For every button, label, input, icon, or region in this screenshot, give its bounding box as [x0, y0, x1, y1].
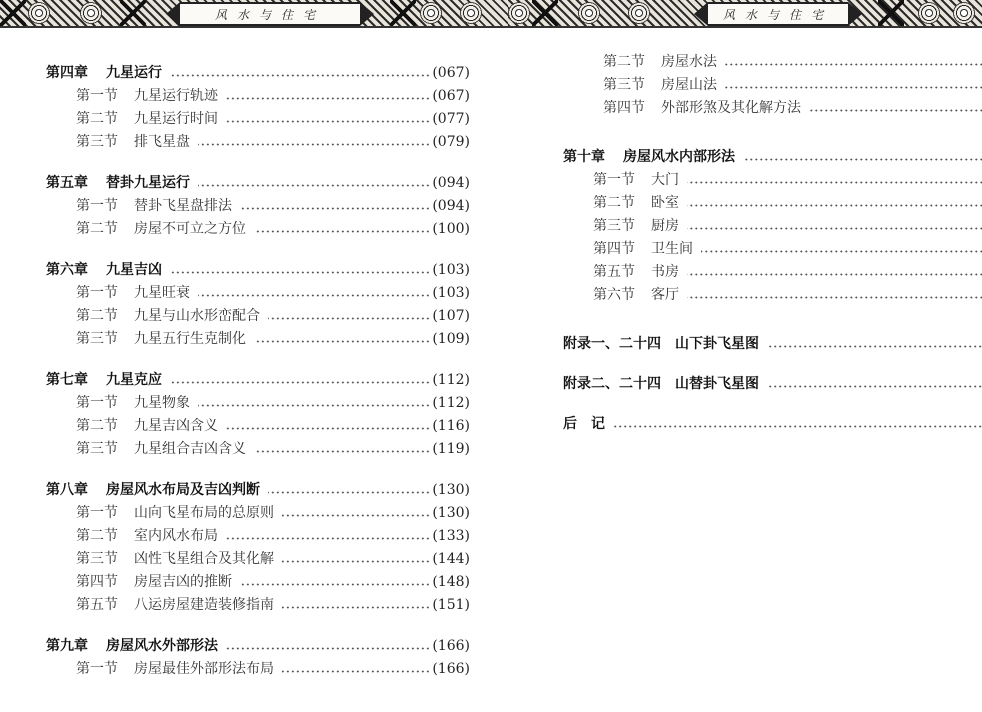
chapter-number: 第九章: [46, 635, 106, 655]
toc-chapter-entry[interactable]: 第八章房屋风水布局及吉凶判断 (130): [46, 479, 470, 502]
toc-section-entry[interactable]: 第三节房屋山法 (170: [563, 74, 982, 97]
dot-leader: [725, 86, 982, 89]
toc-section-entry[interactable]: 第三节九星五行生克制化 (109): [46, 328, 470, 351]
toc-chapter-entry[interactable]: 第十章房屋风水内部形法 (178: [563, 146, 982, 169]
chapter-group: 第五章替卦九星运行 (094) 第一节替卦飞星盘排法 (094) 第二节房屋不可…: [46, 172, 470, 241]
dot-leader: [809, 109, 982, 112]
toc-chapter-entry[interactable]: 第七章九星克应 (112): [46, 369, 470, 392]
section-number: 第一节: [593, 169, 651, 189]
dot-leader: [687, 273, 982, 276]
section-title: 八运房屋建造装修指南: [134, 597, 274, 613]
chapter-title: 九星运行: [106, 65, 162, 81]
appendix-title: 山替卦飞星图: [675, 376, 759, 392]
page-number: (112): [432, 372, 470, 388]
dot-leader: [687, 227, 982, 230]
section-title: 大门: [651, 172, 679, 188]
section-number: 第三节: [76, 438, 134, 458]
dot-leader: [198, 184, 430, 187]
dot-leader: [687, 204, 982, 207]
toc-chapter-entry[interactable]: 第五章替卦九星运行 (094): [46, 172, 470, 195]
dot-leader: [226, 427, 430, 430]
section-number: 第三节: [593, 215, 651, 235]
section-number: 第二节: [593, 192, 651, 212]
ornament-rosette-icon: [508, 2, 530, 24]
chapter-group: 第八章房屋风水布局及吉凶判断 (130) 第一节山向飞星布局的总原则 (130)…: [46, 479, 470, 617]
afterword-label: 后 记: [563, 416, 605, 432]
dot-leader: [282, 560, 430, 563]
page-number: (119): [432, 441, 470, 457]
page-number: (103): [432, 262, 470, 278]
section-number: 第四节: [76, 571, 134, 591]
page-number: (067): [432, 65, 470, 81]
dot-leader: [767, 385, 982, 388]
ornament-rosette-icon: [80, 2, 102, 24]
running-header-band: 风水与住宅: [0, 0, 508, 28]
toc-appendix-entry[interactable]: 附录二、二十四 山替卦飞星图 (22: [563, 373, 982, 396]
toc-section-entry[interactable]: 第四节外部形煞及其化解方法 (171: [563, 97, 982, 120]
dot-leader: [268, 317, 430, 320]
page-number: (130): [432, 505, 470, 521]
chapter-group-continued: 第二节房屋水法 (167 第三节房屋山法 (170 第四节外部形煞及其化解方法 …: [563, 51, 982, 120]
right-page: 风水与住宅 第二节房屋水法 (167 第三节房屋山法 (170 第四节外部形煞及…: [508, 0, 982, 712]
section-number: 第二节: [76, 525, 134, 545]
chapter-number: 第八章: [46, 479, 106, 499]
page-number: (151): [432, 597, 470, 613]
chapter-number: 第五章: [46, 172, 106, 192]
dot-leader: [282, 670, 430, 673]
section-title: 室内风水布局: [134, 528, 218, 544]
toc-section-entry[interactable]: 第二节九星吉凶含义 (116): [46, 415, 470, 438]
toc-section-entry[interactable]: 第四节卫生间 (199: [563, 238, 982, 261]
section-number: 第二节: [603, 51, 661, 71]
page-number: (107): [432, 308, 470, 324]
dot-leader: [687, 296, 982, 299]
section-number: 第六节: [593, 284, 651, 304]
toc-section-entry[interactable]: 第三节九星组合吉凶含义 (119): [46, 438, 470, 461]
page-number: (116): [432, 418, 470, 434]
page-number: (094): [432, 175, 470, 191]
section-number: 第三节: [76, 548, 134, 568]
section-title: 卫生间: [651, 241, 693, 257]
dot-leader: [226, 97, 430, 100]
appendix-group: 附录一、二十四 山下卦飞星图 (20: [563, 333, 982, 373]
ornament-x-icon: [532, 0, 558, 26]
dot-leader: [170, 74, 430, 77]
page-number: (077): [432, 111, 470, 127]
dot-leader: [282, 514, 430, 517]
toc-section-entry[interactable]: 第三节厨房 (193: [563, 215, 982, 238]
section-title: 房屋山法: [661, 77, 717, 93]
dot-leader: [613, 425, 982, 428]
section-number: 第二节: [76, 305, 134, 325]
section-number: 第四节: [603, 97, 661, 117]
section-number: 第五节: [593, 261, 651, 281]
appendix-title: 山下卦飞星图: [675, 336, 759, 352]
page-number: (166): [432, 638, 470, 654]
ornament-x-icon: [0, 0, 26, 26]
toc-section-entry[interactable]: 第一节九星旺衰 (103): [46, 282, 470, 305]
dot-leader: [282, 606, 430, 609]
appendix-group: 附录二、二十四 山替卦飞星图 (22: [563, 373, 982, 413]
section-number: 第二节: [76, 108, 134, 128]
page-number: (144): [432, 551, 470, 567]
dot-leader: [743, 158, 982, 161]
appendix-label: 附录二、二十四: [563, 376, 661, 392]
ornament-rosette-icon: [460, 2, 482, 24]
dot-leader: [170, 381, 430, 384]
page-number: (148): [432, 574, 470, 590]
dot-leader: [240, 583, 430, 586]
ornament-rosette-icon: [953, 2, 975, 24]
table-of-contents-left: 第四章九星运行 (067) 第一节九星运行轨迹 (067) 第二节九星运行时间 …: [46, 62, 470, 699]
toc-section-entry[interactable]: 第三节凶性飞星组合及其化解 (144): [46, 548, 470, 571]
ornament-rosette-icon: [28, 2, 50, 24]
section-title: 外部形煞及其化解方法: [661, 100, 801, 116]
ornament-rosette-icon: [918, 2, 940, 24]
section-title: 九星旺衰: [134, 285, 190, 301]
section-title: 房屋最佳外部形法布局: [134, 661, 274, 677]
dot-leader: [254, 450, 430, 453]
dot-leader: [226, 647, 430, 650]
table-of-contents-right: 第二节房屋水法 (167 第三节房屋山法 (170 第四节外部形煞及其化解方法 …: [563, 51, 982, 453]
section-number: 第三节: [76, 328, 134, 348]
section-number: 第一节: [76, 282, 134, 302]
section-title: 客厅: [651, 287, 679, 303]
toc-section-entry[interactable]: 第一节山向飞星布局的总原则 (130): [46, 502, 470, 525]
ornament-x-icon: [120, 0, 146, 26]
chapter-group: 第四章九星运行 (067) 第一节九星运行轨迹 (067) 第二节九星运行时间 …: [46, 62, 470, 154]
dot-leader: [268, 491, 430, 494]
section-number: 第一节: [76, 195, 134, 215]
page-number: (094): [432, 198, 470, 214]
section-title: 排飞星盘: [134, 134, 190, 150]
chapter-number: 第四章: [46, 62, 106, 82]
chapter-group: 第九章房屋风水外部形法 (166) 第一节房屋最佳外部形法布局 (166): [46, 635, 470, 681]
toc-chapter-entry[interactable]: 第九章房屋风水外部形法 (166): [46, 635, 470, 658]
running-header-band: 风水与住宅: [508, 0, 982, 28]
toc-afterword-entry[interactable]: 后 记 (24: [563, 413, 982, 436]
section-title: 房屋吉凶的推断: [134, 574, 232, 590]
section-number: 第一节: [76, 392, 134, 412]
dot-leader: [254, 340, 430, 343]
toc-section-entry[interactable]: 第二节卧室 (184: [563, 192, 982, 215]
toc-chapter-entry[interactable]: 第六章九星吉凶 (103): [46, 259, 470, 282]
running-header-title: 风水与住宅: [180, 2, 360, 26]
page-number: (100): [432, 221, 470, 237]
section-title: 九星组合吉凶含义: [134, 441, 246, 457]
dot-leader: [198, 294, 430, 297]
section-number: 第二节: [76, 218, 134, 238]
toc-section-entry[interactable]: 第二节房屋水法 (167: [563, 51, 982, 74]
section-title: 凶性飞星组合及其化解: [134, 551, 274, 567]
section-title: 九星运行轨迹: [134, 88, 218, 104]
toc-section-entry[interactable]: 第五节书房 (202: [563, 261, 982, 284]
section-title: 书房: [651, 264, 679, 280]
section-number: 第三节: [76, 131, 134, 151]
section-title: 九星运行时间: [134, 111, 218, 127]
toc-section-entry[interactable]: 第一节替卦飞星盘排法 (094): [46, 195, 470, 218]
appendix-label: 附录一、二十四: [563, 336, 661, 352]
toc-section-entry[interactable]: 第一节九星运行轨迹 (067): [46, 85, 470, 108]
toc-section-entry[interactable]: 第五节八运房屋建造装修指南 (151): [46, 594, 470, 617]
toc-chapter-entry[interactable]: 第四章九星运行 (067): [46, 62, 470, 85]
page-number: (166): [432, 661, 470, 677]
section-title: 九星物象: [134, 395, 190, 411]
chapter-group: 第十章房屋风水内部形法 (178 第一节大门 (178 第二节卧室 (184 第…: [563, 146, 982, 307]
toc-section-entry[interactable]: 第三节排飞星盘 (079): [46, 131, 470, 154]
section-number: 第一节: [76, 85, 134, 105]
toc-section-entry[interactable]: 第四节房屋吉凶的推断 (148): [46, 571, 470, 594]
dot-leader: [170, 271, 430, 274]
dot-leader: [198, 143, 430, 146]
section-number: 第三节: [603, 74, 661, 94]
chapter-number: 第七章: [46, 369, 106, 389]
chapter-number: 第六章: [46, 259, 106, 279]
page-number: (067): [432, 88, 470, 104]
section-title: 九星五行生克制化: [134, 331, 246, 347]
section-title: 厨房: [651, 218, 679, 234]
page-number: (112): [432, 395, 470, 411]
section-number: 第五节: [76, 594, 134, 614]
dot-leader: [725, 63, 982, 66]
ornament-x-icon: [390, 0, 416, 26]
section-number: 第四节: [593, 238, 651, 258]
left-page: 风水与住宅 第四章九星运行 (067) 第一节九星运行轨迹 (067) 第二节九…: [0, 0, 508, 712]
section-number: 第一节: [76, 502, 134, 522]
chapter-number: 第十章: [563, 146, 623, 166]
toc-section-entry[interactable]: 第一节九星物象 (112): [46, 392, 470, 415]
section-number: 第一节: [76, 658, 134, 678]
chapter-group: 第六章九星吉凶 (103) 第一节九星旺衰 (103) 第二节九星与山水形峦配合…: [46, 259, 470, 351]
dot-leader: [767, 345, 982, 348]
dot-leader: [240, 207, 430, 210]
page-number: (079): [432, 134, 470, 150]
ornament-rosette-icon: [578, 2, 600, 24]
page-number: (109): [432, 331, 470, 347]
section-number: 第二节: [76, 415, 134, 435]
section-title: 替卦飞星盘排法: [134, 198, 232, 214]
chapter-title: 房屋风水外部形法: [106, 638, 218, 654]
toc-section-entry[interactable]: 第二节九星运行时间 (077): [46, 108, 470, 131]
dot-leader: [701, 250, 982, 253]
section-title: 九星与山水形峦配合: [134, 308, 260, 324]
dot-leader: [226, 120, 430, 123]
toc-section-entry[interactable]: 第一节房屋最佳外部形法布局 (166): [46, 658, 470, 681]
dot-leader: [226, 537, 430, 540]
toc-section-entry[interactable]: 第二节室内风水布局 (133): [46, 525, 470, 548]
page-number: (133): [432, 528, 470, 544]
section-title: 九星吉凶含义: [134, 418, 218, 434]
ornament-x-icon: [878, 0, 904, 26]
appendix-group: 后 记 (24: [563, 413, 982, 453]
toc-section-entry[interactable]: 第二节房屋不可立之方位 (100): [46, 218, 470, 241]
chapter-group: 第七章九星克应 (112) 第一节九星物象 (112) 第二节九星吉凶含义 (1…: [46, 369, 470, 461]
toc-appendix-entry[interactable]: 附录一、二十四 山下卦飞星图 (20: [563, 333, 982, 356]
chapter-title: 房屋风水布局及吉凶判断: [106, 482, 260, 498]
page-number: (130): [432, 482, 470, 498]
chapter-title: 九星克应: [106, 372, 162, 388]
dot-leader: [198, 404, 430, 407]
section-title: 房屋不可立之方位: [134, 221, 246, 237]
ornament-rosette-icon: [420, 2, 442, 24]
dot-leader: [687, 181, 982, 184]
section-title: 山向飞星布局的总原则: [134, 505, 274, 521]
page-number: (103): [432, 285, 470, 301]
chapter-title: 替卦九星运行: [106, 175, 190, 191]
toc-section-entry[interactable]: 第二节九星与山水形峦配合 (107): [46, 305, 470, 328]
running-header-title: 风水与住宅: [708, 2, 848, 26]
ornament-rosette-icon: [628, 2, 650, 24]
section-title: 卧室: [651, 195, 679, 211]
chapter-title: 房屋风水内部形法: [623, 149, 735, 165]
toc-section-entry[interactable]: 第一节大门 (178: [563, 169, 982, 192]
toc-section-entry[interactable]: 第六节客厅 (204: [563, 284, 982, 307]
dot-leader: [254, 230, 430, 233]
section-title: 房屋水法: [661, 54, 717, 70]
chapter-title: 九星吉凶: [106, 262, 162, 278]
